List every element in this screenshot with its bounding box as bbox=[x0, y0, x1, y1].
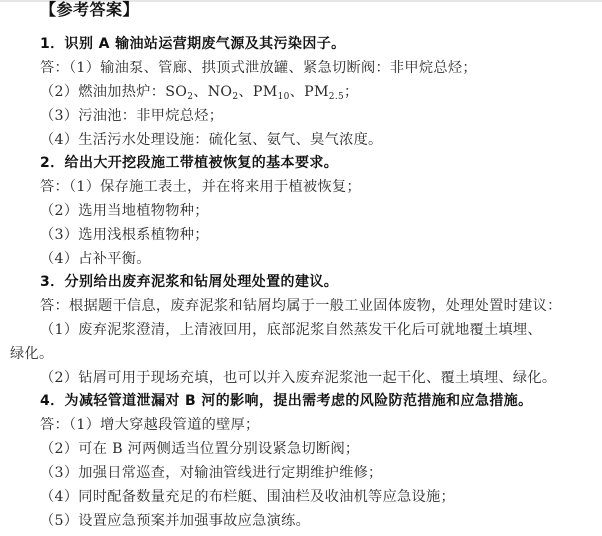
question-1: 1．识别 A 输油站运营期废气源及其污染因子。 bbox=[40, 34, 346, 54]
answer-3-intro: 答：根据题干信息，废弃泥浆和钻屑均属于一般工业固体废物，处理处置时建议： bbox=[40, 296, 562, 316]
question-2: 2．给出大开挖段施工带植被恢复的基本要求。 bbox=[40, 153, 338, 173]
answer-1-4: （4）生活污水处理设施：硫化氢、氨气、臭气浓度。 bbox=[40, 130, 383, 150]
answer-1-1: 答：（1）输油泵、管廊、拱顶式泄放罐、紧急切断阀：非甲烷总烃； bbox=[40, 58, 477, 78]
answer-2-4: （4）占补平衡。 bbox=[40, 249, 151, 269]
answer-3-1-continued: 绿化。 bbox=[10, 344, 53, 364]
answer-2-2: （2）选用当地植物物种； bbox=[40, 201, 209, 221]
section-heading: 【参考答案】 bbox=[40, 0, 139, 20]
answer-4-2: （2）可在 B 河两侧适当位置分别设紧急切断阀； bbox=[40, 439, 359, 459]
answer-4-1: 答：（1）增大穿越段管道的壁厚； bbox=[40, 415, 260, 435]
question-3: 3．分别给出废弃泥浆和钻屑处理处置的建议。 bbox=[40, 272, 338, 292]
answer-4-3: （3）加强日常巡查，对输油管线进行定期维护维修； bbox=[40, 463, 383, 483]
answer-1-3: （3）污油池：非甲烷总烃； bbox=[40, 106, 223, 126]
answer-3-1: （1）废弃泥浆澄清，上清液回用，底部泥浆自然蒸发干化后可就地覆土填埋、 bbox=[40, 320, 542, 340]
answer-4-4: （4）同时配备数量充足的布栏艇、围油栏及收油机等应急设施； bbox=[40, 487, 455, 507]
answer-3-2: （2）钻屑可用于现场充填，也可以并入废弃泥浆池一起干化、覆土填埋、绿化。 bbox=[40, 368, 556, 388]
answer-2-1: 答：（1）保存施工表土，并在将来用于植被恢复； bbox=[40, 177, 361, 197]
question-4: 4．为减轻管道泄漏对 B 河的影响，提出需考虑的风险防范措施和应急措施。 bbox=[40, 391, 533, 411]
answer-2-3: （3）选用浅根系植物种； bbox=[40, 225, 209, 245]
answer-1-2: （2）燃油加热炉：SO2、NO2、PM10、PM2.5； bbox=[40, 82, 359, 102]
answer-4-5: （5）设置应急预案并加强事故应急演练。 bbox=[40, 511, 310, 531]
